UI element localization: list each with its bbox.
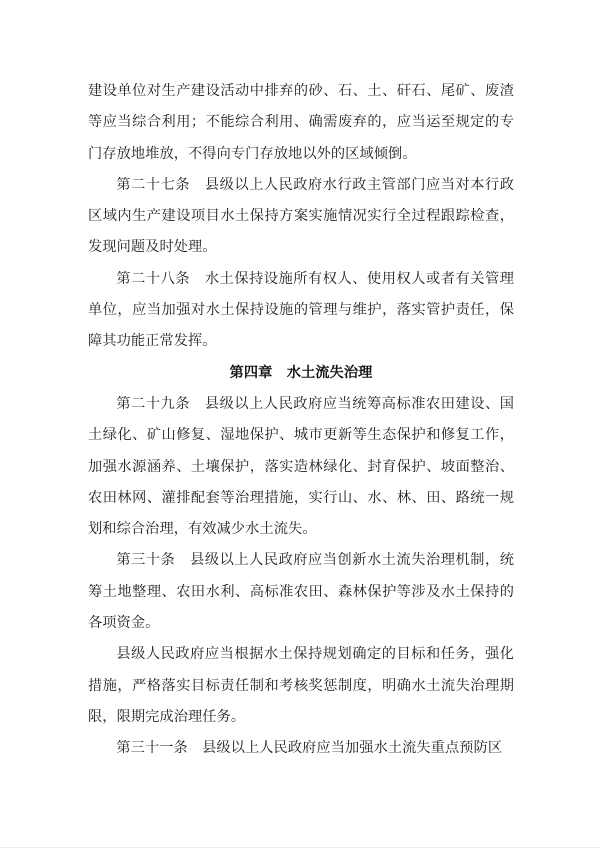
article-27-paragraph: 第二十七条 县级以上人民政府水行政主管部门应当对本行政区域内生产建设项目水土保持…	[88, 170, 514, 264]
document-text-block: 建设单位对生产建设活动中排弃的砂、石、土、矸石、尾矿、废渣等应当综合利用；不能综…	[88, 76, 514, 765]
chapter-4-heading: 第四章 水土流失治理	[88, 358, 514, 389]
article-30-sub-paragraph: 县级人民政府应当根据水土保持规划确定的目标和任务，强化措施，严格落实目标责任制和…	[88, 639, 514, 733]
article-29-paragraph: 第二十九条 县级以上人民政府应当统筹高标准农田建设、国土绿化、矿山修复、湿地保护…	[88, 389, 514, 545]
document-page: 建设单位对生产建设活动中排弃的砂、石、土、矸石、尾矿、废渣等应当综合利用；不能综…	[0, 0, 600, 848]
article-31-paragraph: 第三十一条 县级以上人民政府应当加强水土流失重点预防区	[88, 733, 514, 764]
article-30-paragraph: 第三十条 县级以上人民政府应当创新水土流失治理机制，统筹土地整理、农田水利、高标…	[88, 545, 514, 639]
paragraph-continuation-spoil-disposal: 建设单位对生产建设活动中排弃的砂、石、土、矸石、尾矿、废渣等应当综合利用；不能综…	[88, 76, 514, 170]
article-28-paragraph: 第二十八条 水土保持设施所有权人、使用权人或者有关管理单位，应当加强对水土保持设…	[88, 264, 514, 358]
